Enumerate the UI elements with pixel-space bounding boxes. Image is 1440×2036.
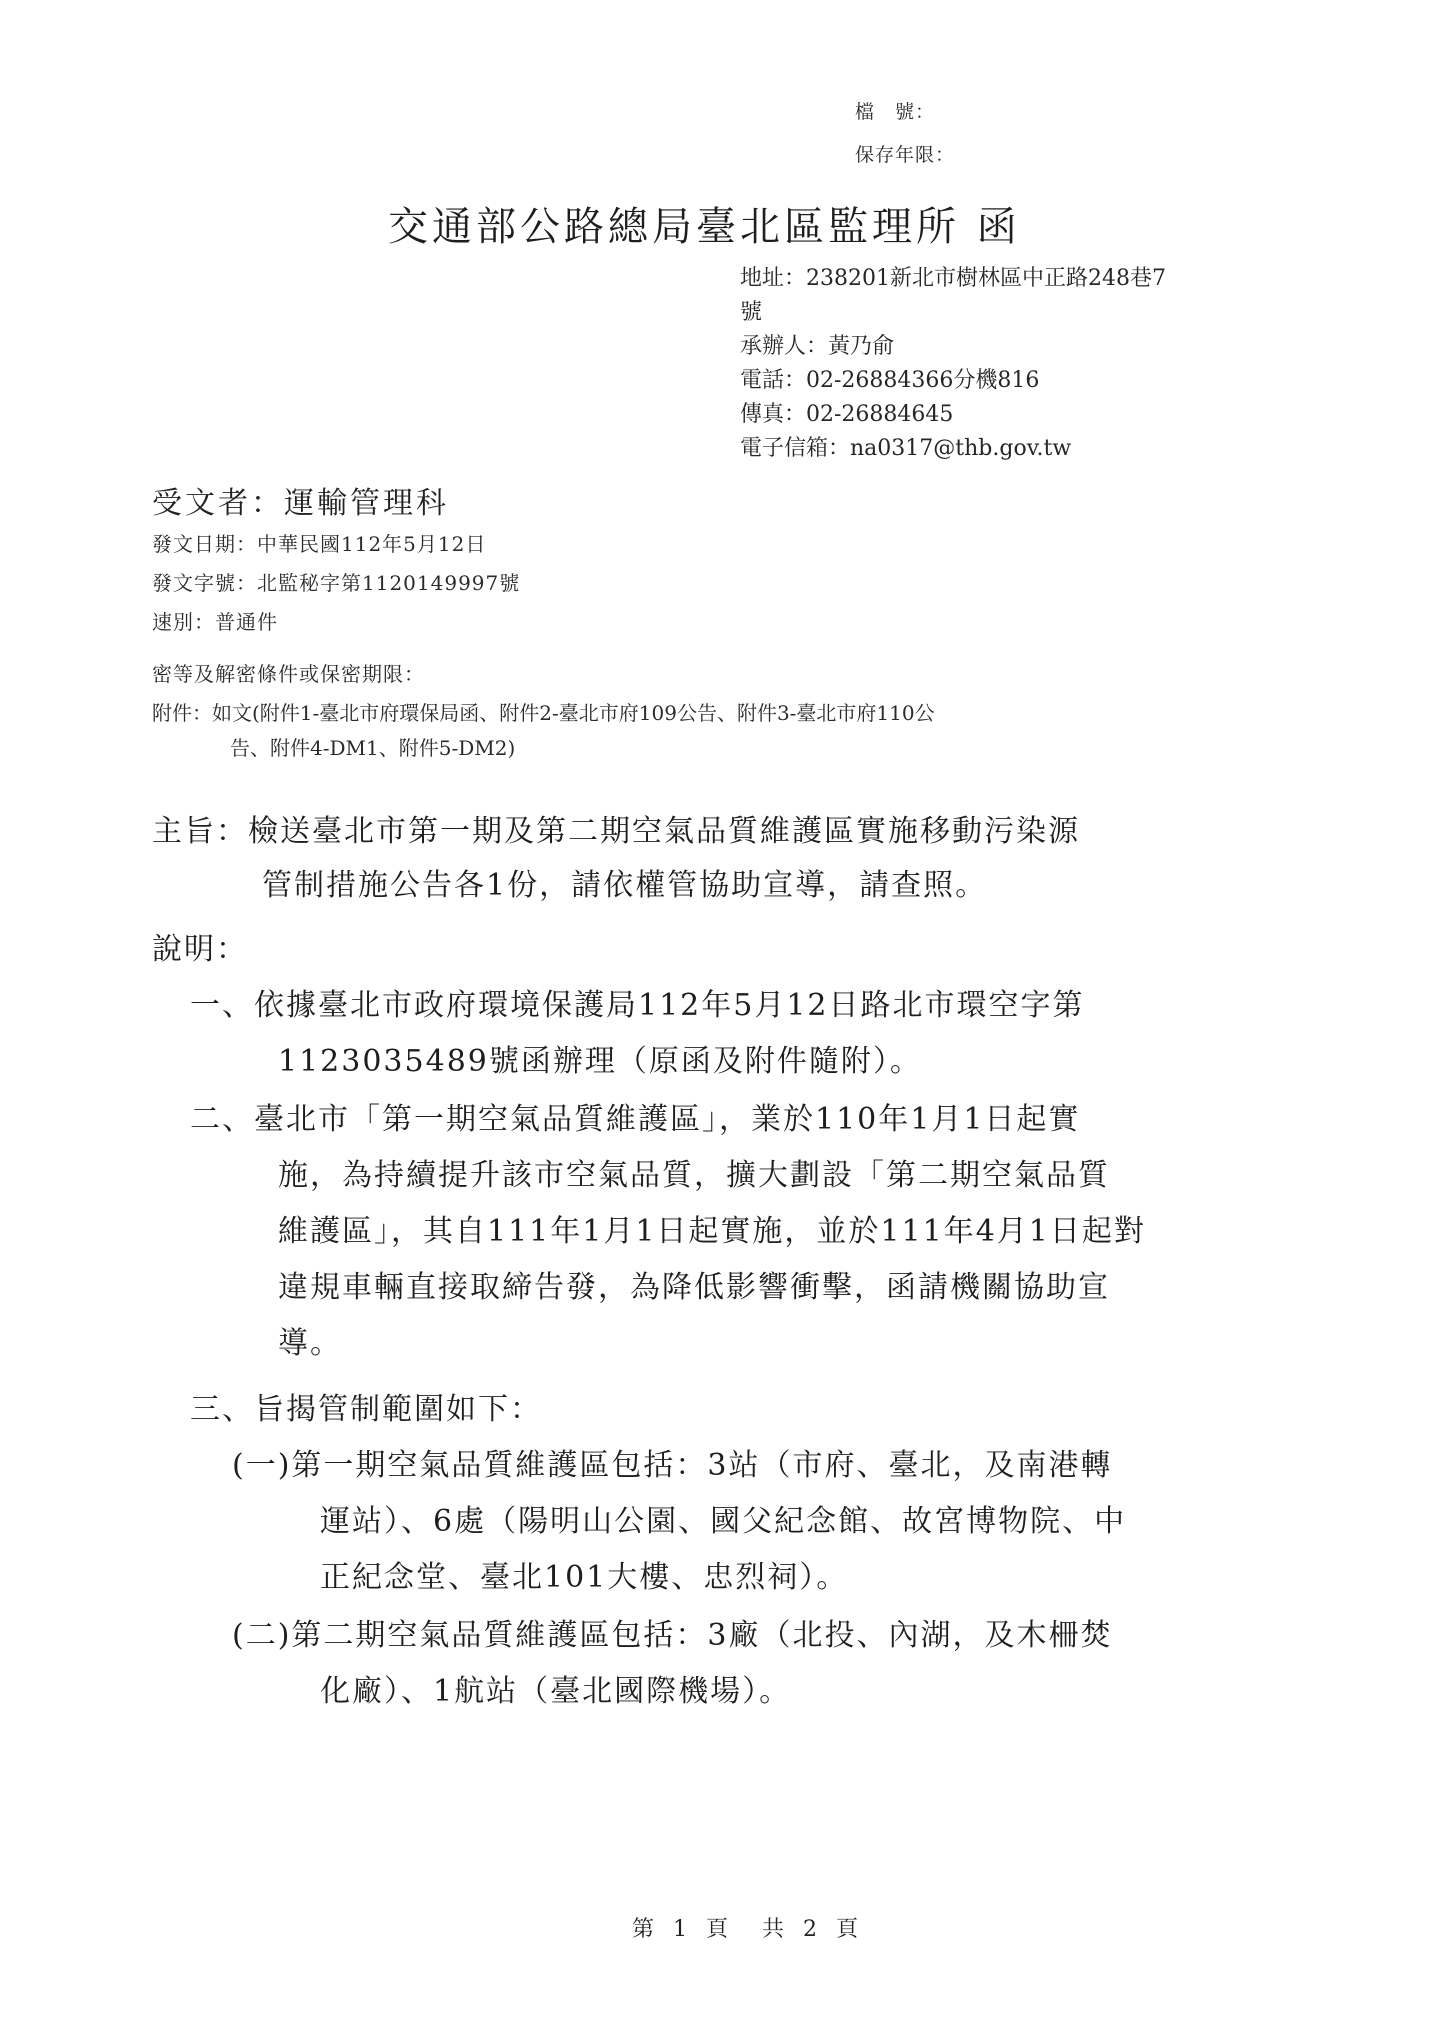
attachments-line-1: 附件：如文(附件1-臺北市府環保局函、附件2-臺北市府109公告、附件3-臺北市… [152, 697, 935, 726]
explanation-label: 說明： [152, 924, 248, 968]
retention-period-label: 保存年限： [855, 140, 955, 167]
subject-line-2: 管制措施公告各1份，請依權管協助宣導，請查照。 [262, 860, 987, 904]
contact-block: 地址：238201新北市樹林區中正路248巷7 號 承辦人：黃乃俞 電話：02-… [740, 262, 1166, 466]
explanation-item-2-line-3: 維護區」，其自111年1月1日起實施，並於111年4月1日起對 [278, 1206, 1146, 1250]
issue-date: 發文日期：中華民國112年5月12日 [152, 528, 486, 557]
recipient: 受文者：運輸管理科 [152, 478, 449, 522]
subitem-2-line-2: 化廠）、1航站（臺北國際機場）。 [320, 1666, 791, 1710]
explanation-item-3-line-1: 三、旨揭管制範圍如下： [190, 1384, 542, 1428]
email: 電子信箱：na0317@thb.gov.tw [740, 432, 1166, 466]
security-level: 密等及解密條件或保密期限： [152, 658, 425, 687]
handler: 承辦人：黃乃俞 [740, 330, 1166, 364]
explanation-item-2-line-5: 導。 [278, 1318, 342, 1362]
subitem-1-line-1: (一)第一期空氣品質維護區包括：3站（市府、臺北，及南港轉 [232, 1440, 1113, 1484]
attachments-line-2: 告、附件4-DM1、附件5-DM2) [230, 732, 515, 761]
file-number-label: 檔 號： [855, 97, 935, 124]
subject-line-1: 主旨：檢送臺北市第一期及第二期空氣品質維護區實施移動污染源 [152, 806, 1080, 850]
fax: 傳真：02-26884645 [740, 398, 1166, 432]
explanation-item-2-line-1: 二、臺北市「第一期空氣品質維護區」，業於110年1月1日起實 [190, 1094, 1080, 1138]
explanation-item-1-line-2: 1123035489號函辦理（原函及附件隨附）。 [278, 1036, 922, 1080]
page-indicator: 第 1 頁 共 2 頁 [632, 1912, 864, 1943]
speed-class: 速別：普通件 [152, 606, 278, 635]
address-line-1: 地址：238201新北市樹林區中正路248巷7 [740, 262, 1166, 296]
document-title: 交通部公路總局臺北區監理所 函 [388, 195, 1021, 252]
phone: 電話：02-26884366分機816 [740, 364, 1166, 398]
address-line-2: 號 [740, 296, 1166, 330]
explanation-item-2-line-4: 違規車輛直接取締告發，為降低影響衝擊，函請機關協助宣 [278, 1262, 1110, 1306]
subitem-1-line-2: 運站）、6處（陽明山公園、國父紀念館、故宮博物院、中 [320, 1496, 1126, 1540]
explanation-item-2-line-2: 施，為持續提升該市空氣品質，擴大劃設「第二期空氣品質 [278, 1150, 1110, 1194]
explanation-item-1-line-1: 一、依據臺北市政府環境保護局112年5月12日路北市環空字第 [190, 980, 1085, 1024]
issue-number: 發文字號：北監秘字第1120149997號 [152, 567, 520, 596]
subitem-1-line-3: 正紀念堂、臺北101大樓、忠烈祠）。 [320, 1552, 848, 1596]
subitem-2-line-1: (二)第二期空氣品質維護區包括：3廠（北投、內湖，及木柵焚 [232, 1610, 1113, 1654]
